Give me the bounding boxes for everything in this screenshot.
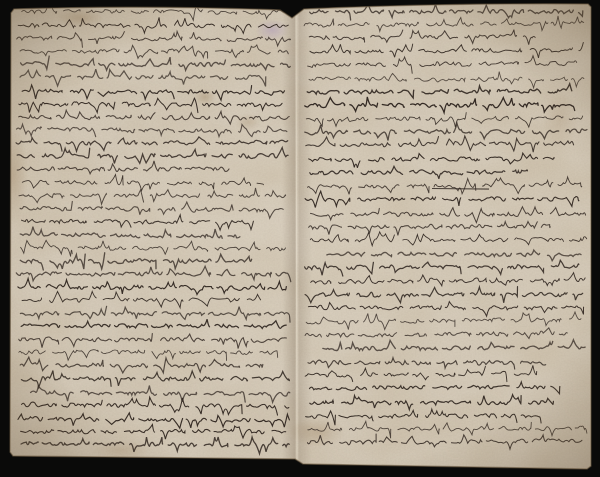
edge-vignette xyxy=(0,0,600,477)
letter-photograph xyxy=(0,0,600,477)
letter-scan-canvas xyxy=(0,0,600,477)
